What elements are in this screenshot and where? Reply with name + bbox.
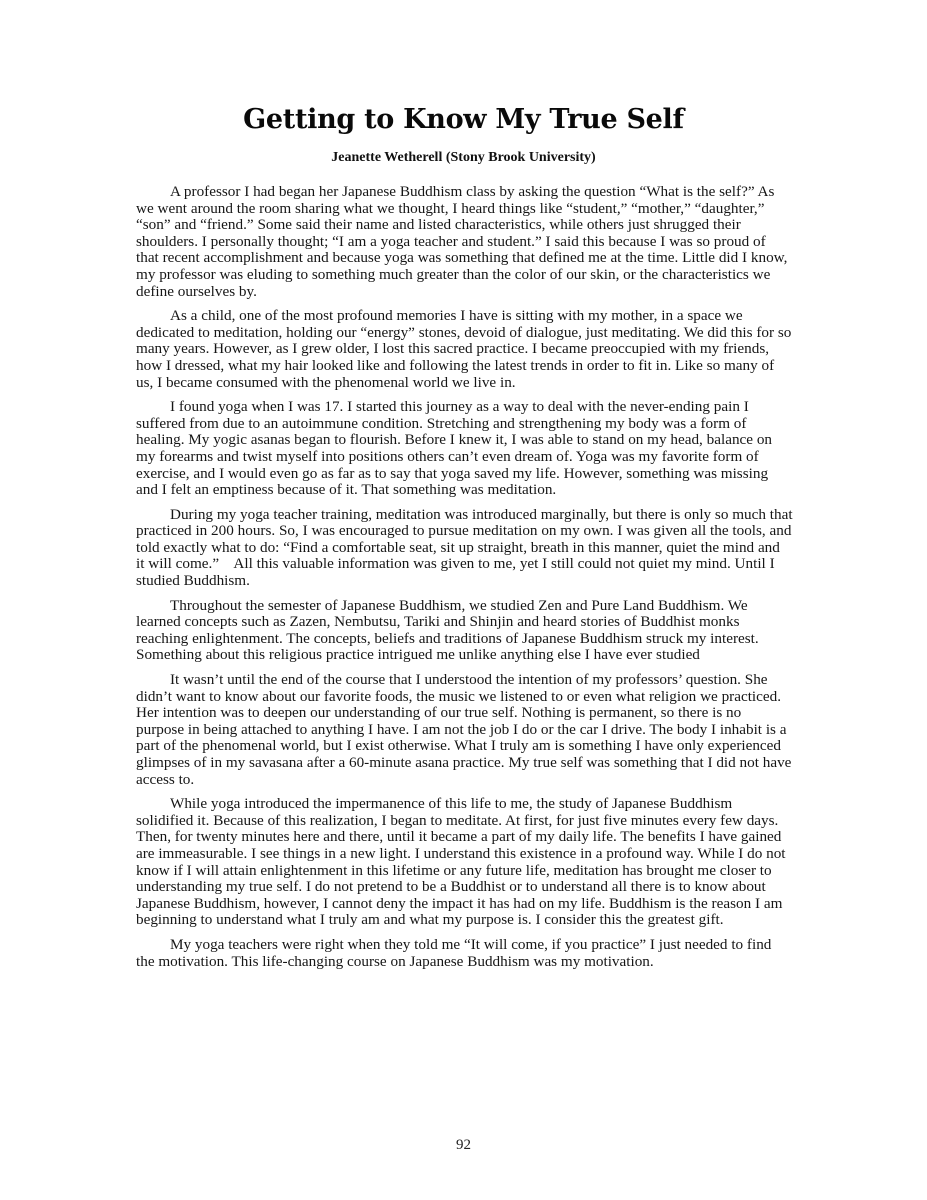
text-line: It wasn’t until the end of the course th… — [136, 672, 796, 689]
article-body: A professor I had began her Japanese Bud… — [136, 184, 796, 978]
text-line: studied Buddhism. — [136, 573, 796, 590]
paragraph: I found yoga when I was 17. I started th… — [136, 399, 796, 499]
paragraph: As a child, one of the most profound mem… — [136, 308, 796, 391]
text-line: how I dressed, what my hair looked like … — [136, 358, 796, 375]
text-line: My yoga teachers were right when they to… — [136, 937, 796, 954]
text-line: reaching enlightenment. The concepts, be… — [136, 631, 796, 648]
text-line: many years. However, as I grew older, I … — [136, 341, 796, 358]
text-line: part of the phenomenal world, but I exis… — [136, 738, 796, 755]
document-page: Getting to Know My True Self Jeanette We… — [0, 0, 927, 1200]
text-line: my forearms and twist myself into positi… — [136, 449, 796, 466]
text-line: the motivation. This life-changing cours… — [136, 954, 796, 971]
text-line: glimpses of in my savasana after a 60-mi… — [136, 755, 796, 772]
text-line: shoulders. I personally thought; “I am a… — [136, 234, 796, 251]
text-line: purpose in being attached to anything I … — [136, 722, 796, 739]
text-line: my professor was eluding to something mu… — [136, 267, 796, 284]
text-line: Her intention was to deepen our understa… — [136, 705, 796, 722]
text-line: A professor I had began her Japanese Bud… — [136, 184, 796, 201]
text-line: Something about this religious practice … — [136, 647, 796, 664]
text-line: “son” and “friend.” Some said their name… — [136, 217, 796, 234]
page-title: Getting to Know My True Self — [0, 104, 927, 135]
page-number: 92 — [0, 1137, 927, 1154]
text-line: practiced in 200 hours. So, I was encour… — [136, 523, 796, 540]
text-line: I found yoga when I was 17. I started th… — [136, 399, 796, 416]
author-affiliation: Jeanette Wetherell (Stony Brook Universi… — [0, 150, 927, 166]
text-line: told exactly what to do: “Find a comfort… — [136, 540, 796, 557]
text-line: exercise, and I would even go as far as … — [136, 466, 796, 483]
text-line: that recent accomplishment and because y… — [136, 250, 796, 267]
text-line: Japanese Buddhism, however, I cannot den… — [136, 896, 796, 913]
text-line: healing. My yogic asanas began to flouri… — [136, 432, 796, 449]
text-line: didn’t want to know about our favorite f… — [136, 689, 796, 706]
text-line: dedicated to meditation, holding our “en… — [136, 325, 796, 342]
text-line: suffered from due to an autoimmune condi… — [136, 416, 796, 433]
text-line: solidified it. Because of this realizati… — [136, 813, 796, 830]
text-line: know if I will attain enlightenment in t… — [136, 863, 796, 880]
text-line: define ourselves by. — [136, 284, 796, 301]
paragraph: During my yoga teacher training, meditat… — [136, 507, 796, 590]
text-line: While yoga introduced the impermanence o… — [136, 796, 796, 813]
text-line: access to. — [136, 772, 796, 789]
text-line: Throughout the semester of Japanese Budd… — [136, 598, 796, 615]
text-line: and I felt an emptiness because of it. T… — [136, 482, 796, 499]
text-line: it will come.” All this valuable informa… — [136, 556, 796, 573]
text-line: learned concepts such as Zazen, Nembutsu… — [136, 614, 796, 631]
text-line: Then, for twenty minutes here and there,… — [136, 829, 796, 846]
text-line: we went around the room sharing what we … — [136, 201, 796, 218]
text-line: understanding my true self. I do not pre… — [136, 879, 796, 896]
text-line: As a child, one of the most profound mem… — [136, 308, 796, 325]
text-line: are immeasurable. I see things in a new … — [136, 846, 796, 863]
text-line: beginning to understand what I truly am … — [136, 912, 796, 929]
paragraph: It wasn’t until the end of the course th… — [136, 672, 796, 788]
text-line: us, I became consumed with the phenomena… — [136, 375, 796, 392]
paragraph: Throughout the semester of Japanese Budd… — [136, 598, 796, 664]
paragraph: My yoga teachers were right when they to… — [136, 937, 796, 970]
paragraph: A professor I had began her Japanese Bud… — [136, 184, 796, 300]
paragraph: While yoga introduced the impermanence o… — [136, 796, 796, 929]
text-line: During my yoga teacher training, meditat… — [136, 507, 796, 524]
